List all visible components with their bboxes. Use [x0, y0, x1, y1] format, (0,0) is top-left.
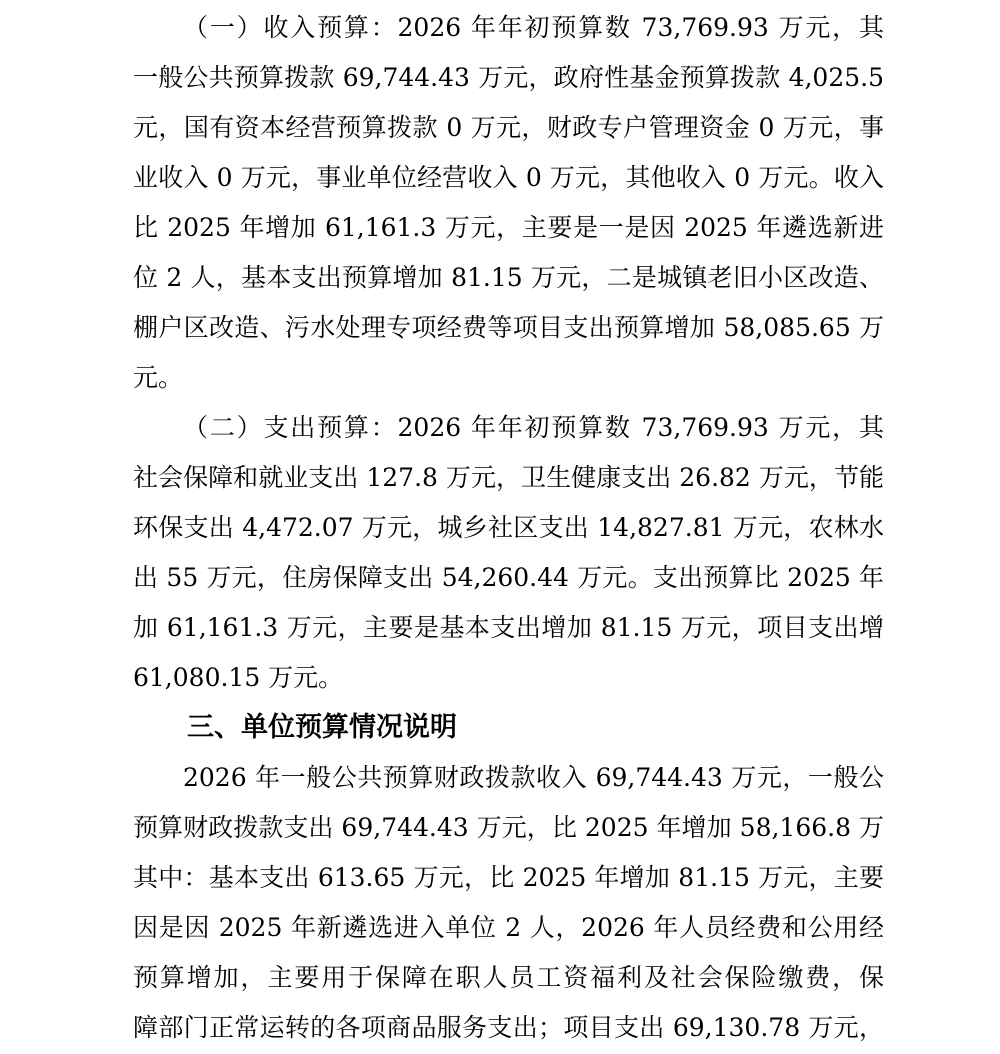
text-line: 棚户区改造、污水处理专项经费等项目支出预算增加 58,085.65 万	[133, 303, 884, 353]
document-page: （一）收入预算：2026 年年初预算数 73,769.93 万元，其中：一般公共…	[0, 0, 1000, 1054]
text-line: 预算财政拨款支出 69,744.43 万元，比 2025 年增加 58,166.…	[133, 803, 884, 853]
text-line: 位 2 人，基本支出预算增加 81.15 万元，二是城镇老旧小区改造、	[133, 253, 884, 303]
text-line: 环保支出 4,472.07 万元，城乡社区支出 14,827.81 万元，农林水…	[133, 503, 884, 553]
text-line: 元。	[133, 353, 884, 403]
unit-budget-situation-heading: 三、单位预算情况说明	[133, 703, 884, 753]
document-body: （一）收入预算：2026 年年初预算数 73,769.93 万元，其中：一般公共…	[133, 3, 884, 1053]
section-heading: 三、单位预算情况说明	[133, 703, 884, 753]
text-line: 出 55 万元，住房保障支出 54,260.44 万元。支出预算比 2025 年…	[133, 553, 884, 603]
text-line: 61,080.15 万元。	[133, 653, 884, 703]
text-line: （一）收入预算：2026 年年初预算数 73,769.93 万元，其中：	[133, 3, 884, 53]
text-line: 2026 年一般公共预算财政拨款收入 69,744.43 万元，一般公共	[133, 753, 884, 803]
income-budget-paragraph: （一）收入预算：2026 年年初预算数 73,769.93 万元，其中：一般公共…	[133, 3, 884, 403]
expenditure-budget-paragraph: （二）支出预算：2026 年年初预算数 73,769.93 万元，其中：社会保障…	[133, 403, 884, 703]
text-line: 加 61,161.3 万元，主要是基本支出增加 81.15 万元，项目支出增加	[133, 603, 884, 653]
text-line: （二）支出预算：2026 年年初预算数 73,769.93 万元，其中：	[133, 403, 884, 453]
text-line: 障部门正常运转的各项商品服务支出；项目支出 69,130.78 万元，	[133, 1003, 884, 1053]
unit-budget-explanation-paragraph: 2026 年一般公共预算财政拨款收入 69,744.43 万元，一般公共预算财政…	[133, 753, 884, 1053]
text-line: 社会保障和就业支出 127.8 万元，卫生健康支出 26.82 万元，节能	[133, 453, 884, 503]
text-line: 比 2025 年增加 61,161.3 万元，主要是一是因 2025 年遴选新进…	[133, 203, 884, 253]
text-line: 因是因 2025 年新遴选进入单位 2 人，2026 年人员经费和公用经费	[133, 903, 884, 953]
text-line: 业收入 0 万元，事业单位经营收入 0 万元，其他收入 0 万元。收入	[133, 153, 884, 203]
text-line: 元，国有资本经营预算拨款 0 万元，财政专户管理资金 0 万元，事	[133, 103, 884, 153]
text-line: 一般公共预算拨款 69,744.43 万元，政府性基金预算拨款 4,025.5 …	[133, 53, 884, 103]
text-line: 其中：基本支出 613.65 万元，比 2025 年增加 81.15 万元，主要…	[133, 853, 884, 903]
text-line: 预算增加，主要用于保障在职人员工资福利及社会保险缴费，保	[133, 953, 884, 1003]
